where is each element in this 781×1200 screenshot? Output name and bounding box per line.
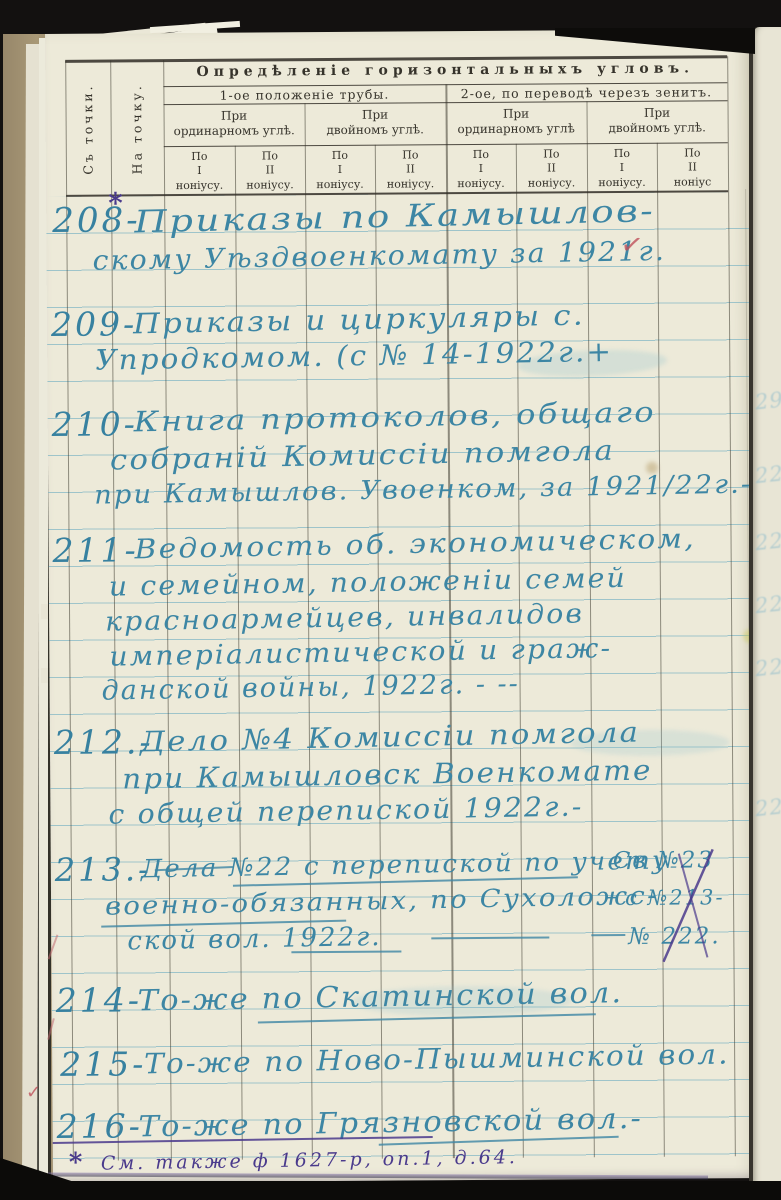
entry-line: с общей перепиской 1922г.- <box>108 794 583 829</box>
next-page-edge: 29 220 221 222 223 224 <box>749 27 781 1183</box>
ghost-entry-number: 222 <box>754 590 781 618</box>
entry-line: имперіалистической и граж- <box>109 635 612 671</box>
vernier-cell: ПоIноніусу. <box>587 147 657 190</box>
dash-line <box>591 934 625 936</box>
binding-stitch-gap <box>41 668 48 683</box>
vernier-cell: ПоIноніусу. <box>446 148 516 191</box>
ghost-entry-number: 221 <box>754 527 781 555</box>
entry-number: 211- <box>52 533 138 567</box>
ghost-entry-number: 224 <box>754 793 781 821</box>
red-tick: ✓ <box>26 1082 41 1103</box>
angle-cell: Приординарномъ углѣ. <box>164 108 305 139</box>
photo-black-band <box>0 1181 781 1200</box>
ledger-photo: Опредѣленіе горизонтальныхъ угловъ. 1-ое… <box>0 0 781 1200</box>
entry-number: 214- <box>56 983 142 1017</box>
ghost-entry-number: 220 <box>754 460 781 488</box>
binding-stitch-gap <box>41 604 48 619</box>
entry-line: Упродкомом. (с № 14-1922г.+ <box>95 338 613 375</box>
angle-cell: Приординарномъ углѣ <box>446 106 587 137</box>
entry-line: То-же по Скатинской вол. <box>137 978 623 1015</box>
entry-number: 216- <box>57 1109 143 1143</box>
section-2-label: 2-ое, по переводѣ черезъ зенитъ. <box>445 84 727 102</box>
asterisk-mark: * <box>108 189 125 217</box>
ghost-entry-number: 223 <box>754 653 781 681</box>
vernier-cell: ПоIноніусу. <box>164 150 235 193</box>
angle-cell: Придвойномъ углѣ. <box>305 107 446 138</box>
vernier-cell: ПоIIноніусу. <box>235 149 305 192</box>
entry-number: 209- <box>51 307 137 341</box>
ledger-page: Опредѣленіе горизонтальныхъ угловъ. 1-ое… <box>45 29 760 1183</box>
angle-cell: Придвойномъ углѣ. <box>587 105 728 136</box>
entry-number: 215- <box>60 1047 146 1081</box>
entry-number: 210- <box>52 407 138 441</box>
footnote-text: См. также ф 1627-р, оп.1, д.64. <box>101 1148 518 1174</box>
vernier-cell: ПоIIноніус <box>657 146 728 189</box>
entry-line: красноармейцев, инвалидов <box>105 600 584 635</box>
entry-line: ской вол. 1922г. <box>127 924 382 954</box>
column-to-point: На точку. <box>110 62 164 194</box>
form-title: Опредѣленіе горизонтальныхъ угловъ. <box>163 60 727 81</box>
entry-number: 208- <box>52 203 141 238</box>
vernier-cell: ПоIIноніусу. <box>516 147 587 190</box>
entry-number: 213.- <box>55 853 152 886</box>
entry-line: данской войны, 1922г. - -- <box>101 670 520 704</box>
column-from-point: Съ точки. <box>65 63 111 195</box>
purple-cross-out <box>649 847 730 968</box>
section-1-label: 1-ое положеніе трубы. <box>163 86 445 104</box>
vernier-cell: ПоIIноніусу. <box>375 148 446 191</box>
ghost-entry-number: 29 <box>754 388 781 415</box>
vernier-cell: ПоIноніусу. <box>305 149 375 192</box>
